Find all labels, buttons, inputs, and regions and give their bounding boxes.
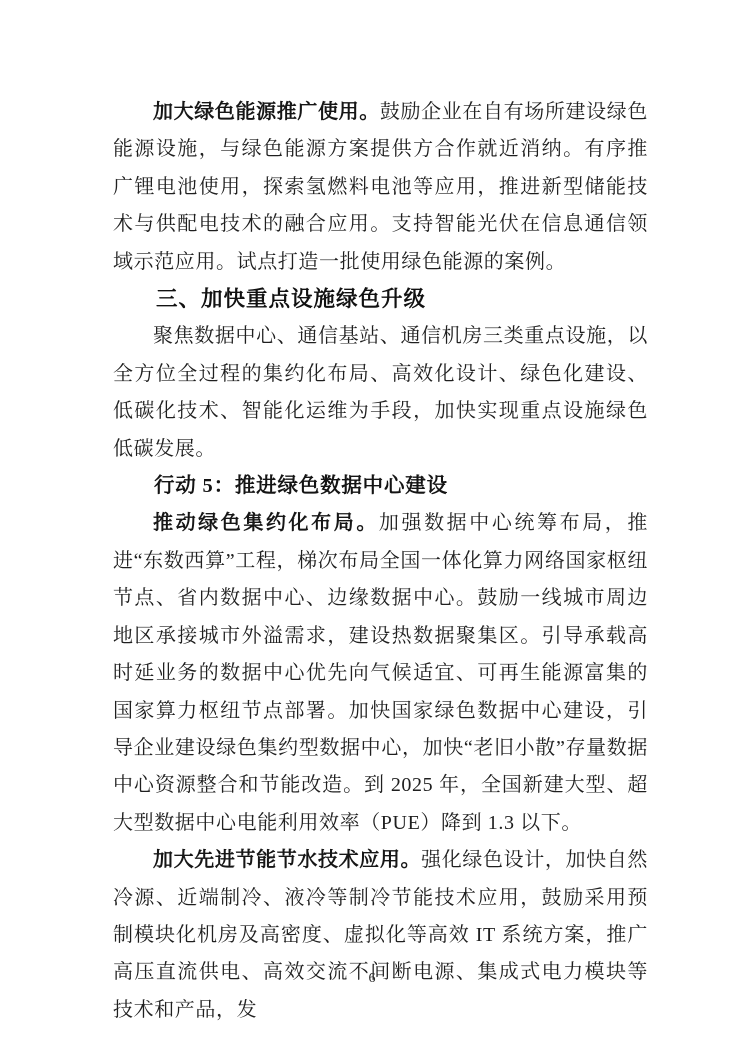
document-page: 加大绿色能源推广使用。鼓励企业在自有场所建设绿色能源设施，与绿色能源方案提供方合… [0, 0, 744, 1052]
paragraph: 聚焦数据中心、通信基站、通信机房三类重点设施，以全方位全过程的集约化布局、高效化… [113, 318, 648, 468]
paragraph-lead: 加大先进节能节水技术应用。 [153, 849, 421, 871]
paragraph-lead: 推动绿色集约化布局。 [153, 512, 379, 534]
paragraph: 推动绿色集约化布局。加强数据中心统筹布局，推进“东数西算”工程，梯次布局全国一体… [113, 505, 648, 842]
document-body: 加大绿色能源推广使用。鼓励企业在自有场所建设绿色能源设施，与绿色能源方案提供方合… [113, 94, 648, 1029]
action-heading: 行动 5：推进绿色数据中心建设 [113, 468, 648, 505]
page-number: 6 [0, 969, 744, 989]
section-heading: 三、加快重点设施绿色升级 [113, 281, 648, 318]
paragraph: 加大绿色能源推广使用。鼓励企业在自有场所建设绿色能源设施，与绿色能源方案提供方合… [113, 94, 648, 281]
paragraph: 加大先进节能节水技术应用。强化绿色设计，加快自然冷源、近端制冷、液冷等制冷节能技… [113, 842, 648, 1029]
paragraph-lead: 加大绿色能源推广使用。 [153, 101, 380, 123]
